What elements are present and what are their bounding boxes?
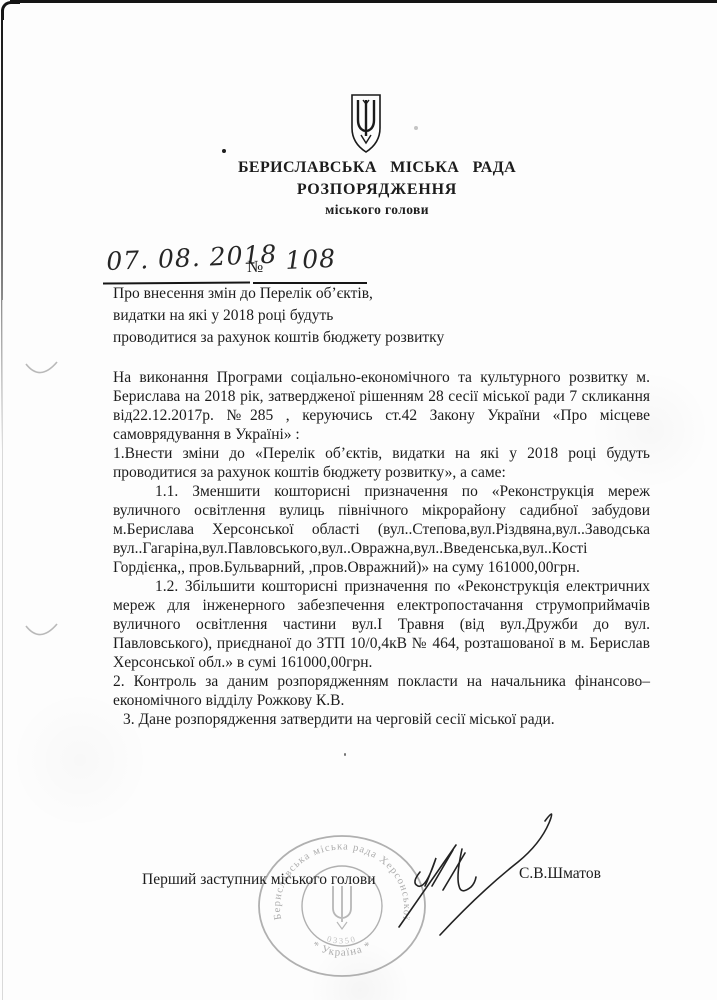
body-paragraph: 3. Дане розпорядження затвердити на черг… (113, 710, 650, 729)
body-paragraph: 2. Контроль за даним розпорядженням покл… (113, 672, 650, 710)
coat-of-arms-icon (346, 92, 386, 158)
body-paragraph: На виконання Програми соціально-економіч… (113, 368, 650, 444)
scan-speck (414, 126, 418, 130)
svg-text:03350: 03350 (326, 933, 358, 945)
handwritten-number: 108 (285, 244, 337, 275)
document-page: БЕРИСЛАВСЬКА МІСЬКА РАДА РОЗПОРЯДЖЕННЯ м… (0, 0, 717, 1000)
signatory-title: Перший заступник міського голови (142, 871, 375, 889)
scan-speck (222, 149, 226, 153)
signatory-name: С.В.Шматов (519, 865, 601, 883)
stamp-code-text: 03350 (326, 933, 358, 945)
scan-arc-mark (22, 618, 62, 648)
org-name: БЕРИСЛАВСЬКА МІСЬКА РАДА (177, 159, 577, 177)
document-issuer: міського голови (177, 202, 577, 218)
body-paragraph: 1.Внести зміни до «Перелік об’єктів, вид… (113, 444, 650, 482)
document-body: На виконання Програми соціально-економіч… (113, 368, 650, 729)
document-type: РОЗПОРЯДЖЕННЯ (177, 181, 577, 199)
number-sign: № (247, 257, 263, 277)
body-paragraph: 1.2. Збільшити кошторисні призначення по… (113, 577, 650, 672)
scan-arc-mark (22, 356, 62, 386)
scan-edge-top (10, 0, 717, 3)
subject-line: проводитися за рахунок коштів бюджету ро… (113, 327, 543, 349)
subject-line: видатки на які у 2018 році будуть (113, 305, 543, 327)
subject-block: Про внесення змін до Перелік об’єктів, в… (113, 283, 543, 349)
scan-edge-left-faint (2, 300, 3, 1000)
body-paragraph: 1.1. Зменшити кошторисні призначення по … (113, 482, 650, 577)
scan-speck (344, 753, 346, 756)
subject-line: Про внесення змін до Перелік об’єктів, (113, 283, 543, 305)
scan-edge-corner (1, 1, 20, 20)
